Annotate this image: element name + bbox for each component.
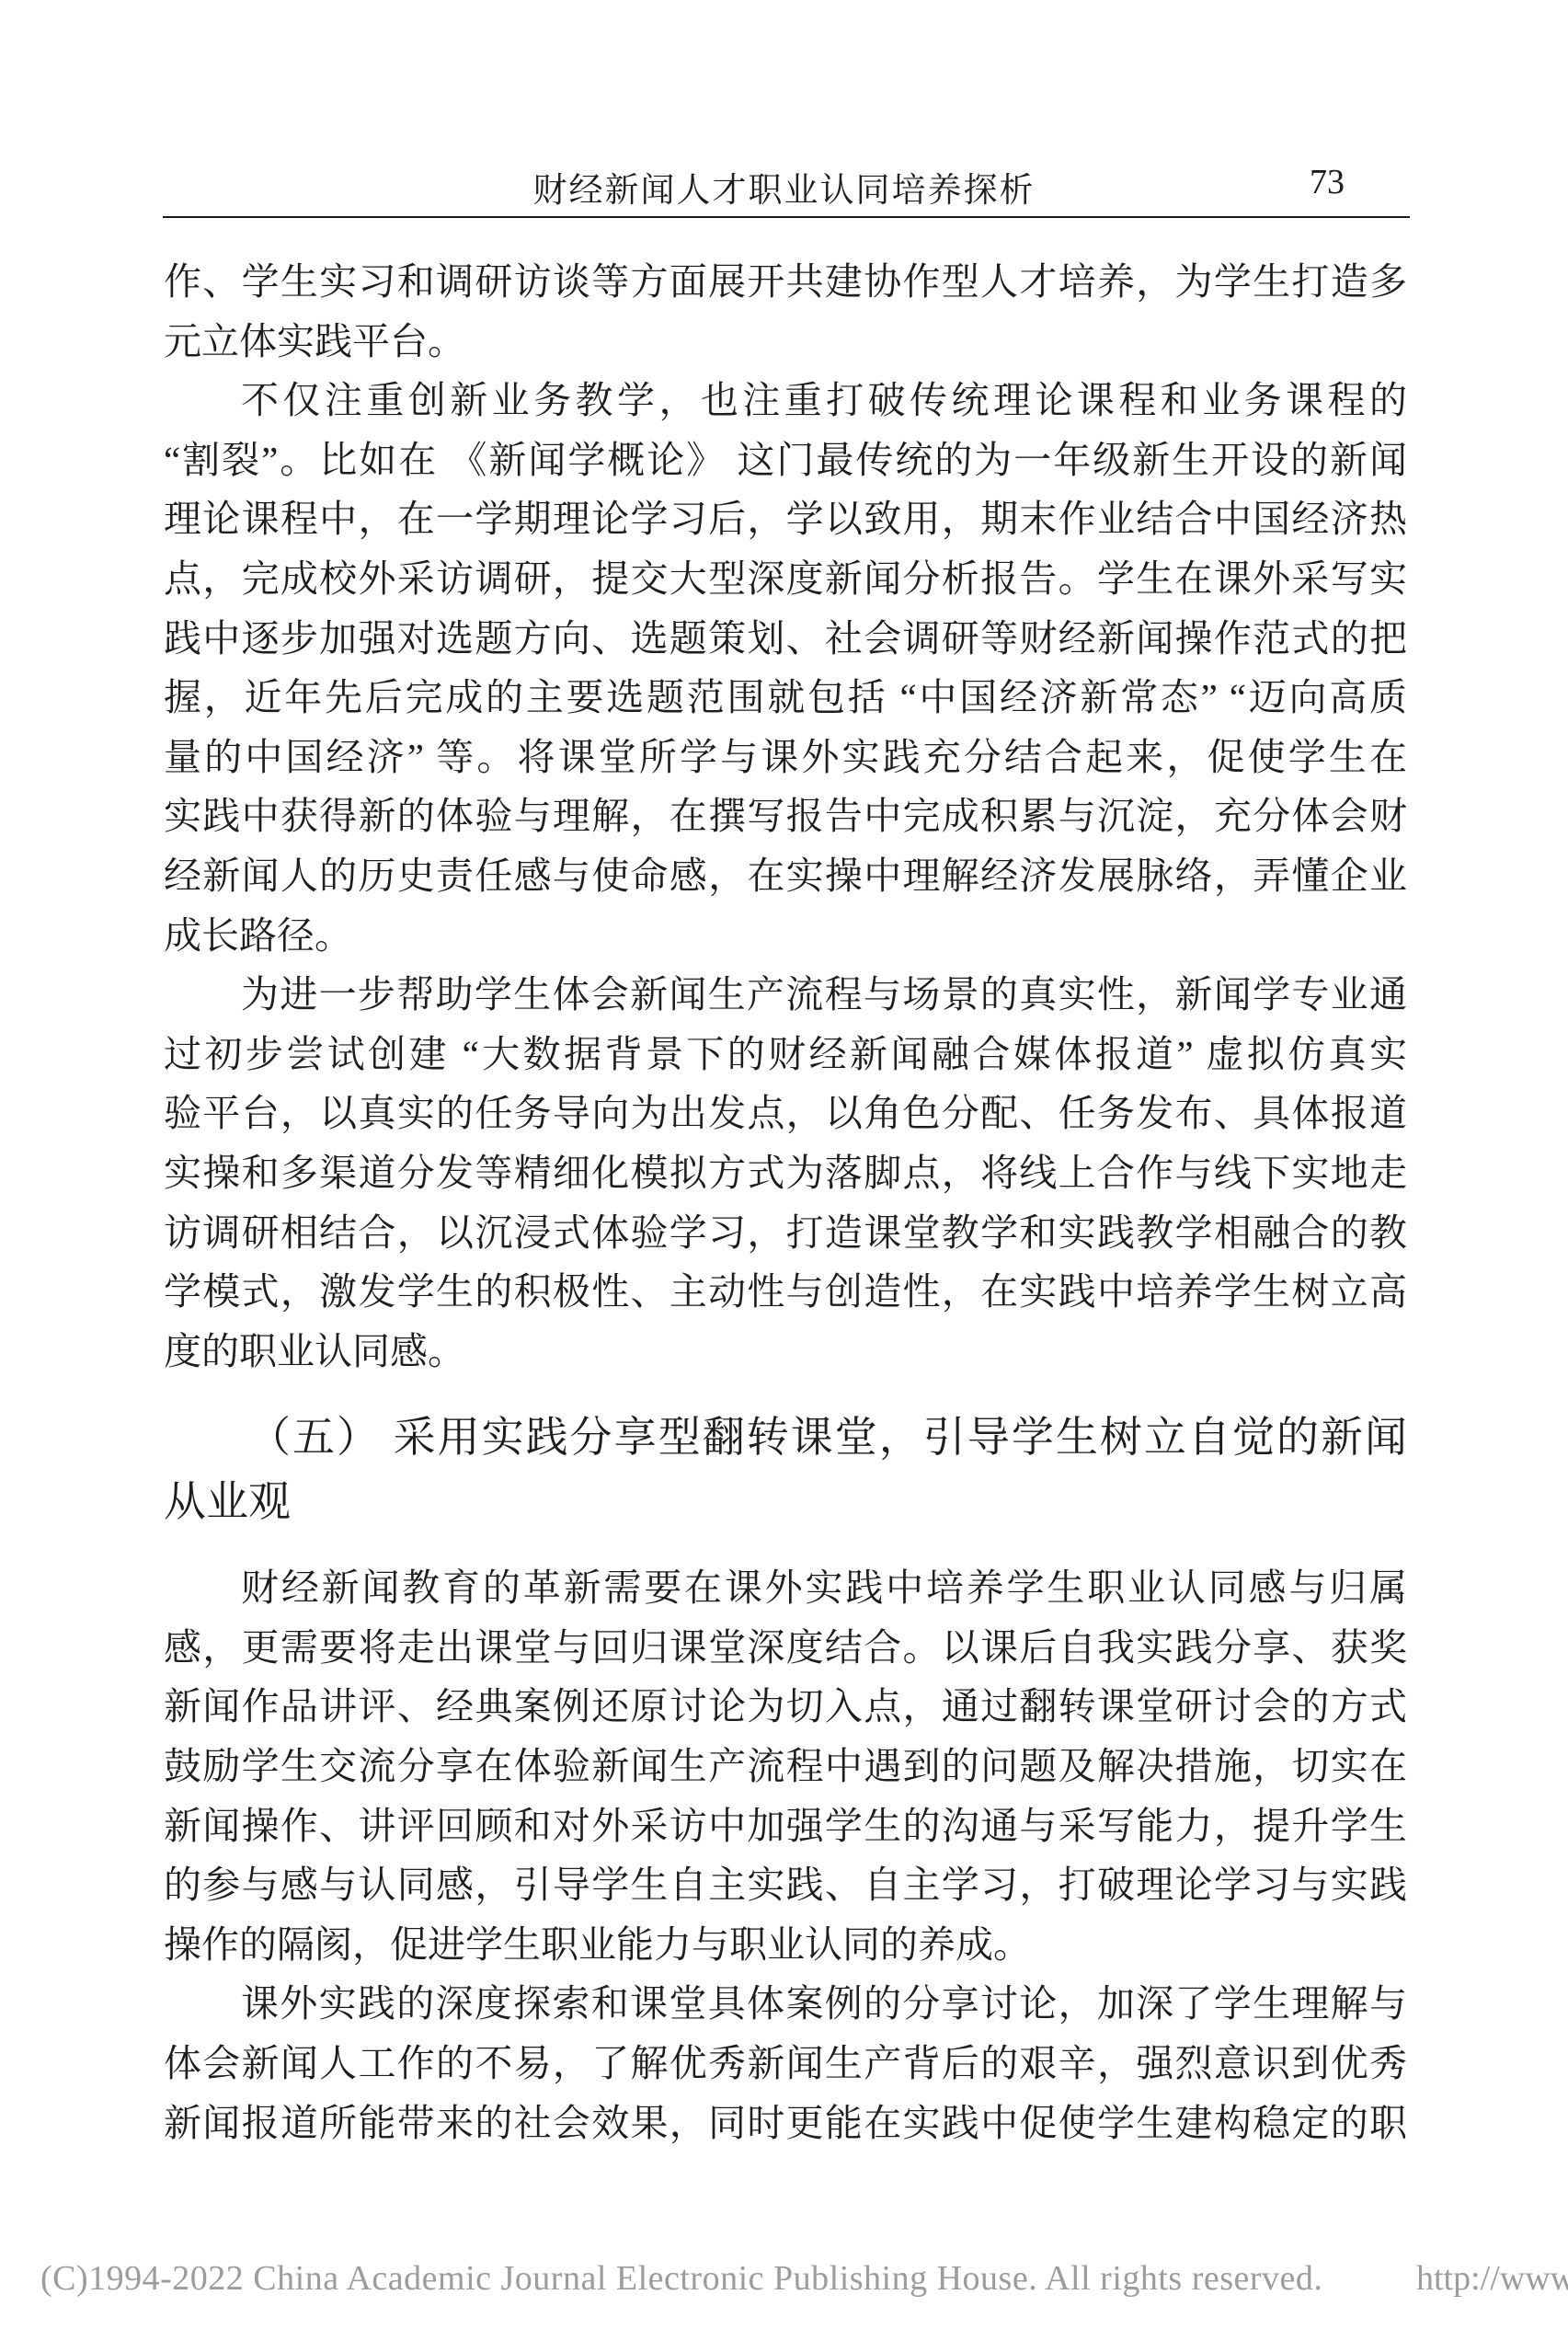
text-line: 成长路径。 xyxy=(164,906,1407,966)
page-number: 73 xyxy=(1310,162,1345,202)
copyright-notice: (C)1994-2022 China Academic Journal Elec… xyxy=(40,2258,1322,2299)
text-line: 过初步尝试创建 “大数据背景下的财经新闻融合媒体报道” 虚拟仿真实 xyxy=(164,1025,1407,1084)
text-line: “割裂”。比如在 《新闻学概论》 这门最传统的为一年级新生开设的新闻 xyxy=(164,430,1407,490)
text-line: 从业观 xyxy=(164,1470,1407,1534)
text-line: 理论课程中，在一学期理论学习后，学以致用，期末作业结合中国经济热 xyxy=(164,489,1407,549)
text-line: 度的职业认同感。 xyxy=(164,1322,1407,1382)
document-page: 财经新闻人才职业认同培养探析 73 作、学生实习和调研访谈等方面展开共建协作型人… xyxy=(0,0,1568,2352)
text-line: 鼓励学生交流分享在体验新闻生产流程中遇到的问题及解决措施，切实在 xyxy=(164,1737,1407,1796)
text-line: 作、学生实习和调研访谈等方面展开共建协作型人才培养，为学生打造多 xyxy=(164,252,1407,312)
paragraph: 课外实践的深度探索和课堂具体案例的分享讨论，加深了学生理解与体会新闻人工作的不易… xyxy=(164,1974,1407,2152)
article-body: 作、学生实习和调研访谈等方面展开共建协作型人才培养，为学生打造多元立体实践平台。… xyxy=(164,252,1407,2152)
text-line: 学模式，激发学生的积极性、主动性与创造性，在实践中培养学生树立高 xyxy=(164,1262,1407,1322)
text-line: 新闻报道所能带来的社会效果，同时更能在实践中促使学生建构稳定的职 xyxy=(164,2094,1407,2153)
text-line: 量的中国经济” 等。将课堂所学与课外实践充分结合起来，促使学生在 xyxy=(164,728,1407,787)
text-line: 感，更需要将走出课堂与回归课堂深度结合。以课后自我实践分享、获奖 xyxy=(164,1618,1407,1678)
text-line: 新闻操作、讲评回顾和对外采访中加强学生的沟通与采写能力，提升学生 xyxy=(164,1796,1407,1856)
text-line: 访调研相结合，以沉浸式体验学习，打造课堂教学和实践教学相融合的教 xyxy=(164,1203,1407,1263)
text-line: 元立体实践平台。 xyxy=(164,312,1407,372)
text-line: 操作的隔阂，促进学生职业能力与职业认同的养成。 xyxy=(164,1915,1407,1975)
text-line: 财经新闻教育的革新需要在课外实践中培养学生职业认同感与归属 xyxy=(164,1558,1407,1618)
header-rule xyxy=(163,216,1410,218)
paragraph: 不仅注重创新业务教学，也注重打破传统理论课程和业务课程的“割裂”。比如在 《新闻… xyxy=(164,371,1407,965)
text-line: 体会新闻人工作的不易，了解优秀新闻生产背后的艰辛，强烈意识到优秀 xyxy=(164,2034,1407,2094)
text-line: 不仅注重创新业务教学，也注重打破传统理论课程和业务课程的 xyxy=(164,371,1407,430)
text-line: 握，近年先后完成的主要选题范围就包括 “中国经济新常态” “迈向高质 xyxy=(164,668,1407,728)
paragraph: 为进一步帮助学生体会新闻生产流程与场景的真实性，新闻学专业通过初步尝试创建 “大… xyxy=(164,965,1407,1381)
text-line: 经新闻人的历史责任感与使命感，在实操中理解经济发展脉络，弄懂企业 xyxy=(164,846,1407,906)
text-line: 实操和多渠道分发等精细化模拟方式为落脚点，将线上合作与线下实地走 xyxy=(164,1143,1407,1203)
paragraph: 财经新闻教育的革新需要在课外实践中培养学生职业认同感与归属感，更需要将走出课堂与… xyxy=(164,1558,1407,1974)
text-line: 验平台，以真实的任务导向为出发点，以角色分配、任务发布、具体报道 xyxy=(164,1084,1407,1143)
paragraph: 作、学生实习和调研访谈等方面展开共建协作型人才培养，为学生打造多元立体实践平台。 xyxy=(164,252,1407,371)
text-line: 实践中获得新的体验与理解，在撰写报告中完成积累与沉淀，充分体会财 xyxy=(164,786,1407,846)
text-line: （五） 采用实践分享型翻转课堂，引导学生树立自觉的新闻 xyxy=(164,1405,1407,1470)
text-line: 课外实践的深度探索和课堂具体案例的分享讨论，加深了学生理解与 xyxy=(164,1974,1407,2034)
text-line: 为进一步帮助学生体会新闻生产流程与场景的真实性，新闻学专业通 xyxy=(164,965,1407,1025)
text-line: 践中逐步加强对选题方向、选题策划、社会调研等财经新闻操作范式的把 xyxy=(164,609,1407,669)
source-url: http://www xyxy=(1416,2258,1568,2299)
text-line: 新闻作品讲评、经典案例还原讨论为切入点，通过翻转课堂研讨会的方式 xyxy=(164,1677,1407,1737)
text-line: 点，完成校外采访调研，提交大型深度新闻分析报告。学生在课外采写实 xyxy=(164,549,1407,609)
section-heading: （五） 采用实践分享型翻转课堂，引导学生树立自觉的新闻从业观 xyxy=(164,1405,1407,1534)
text-line: 的参与感与认同感，引导学生自主实践、自主学习，打破理论学习与实践 xyxy=(164,1855,1407,1915)
